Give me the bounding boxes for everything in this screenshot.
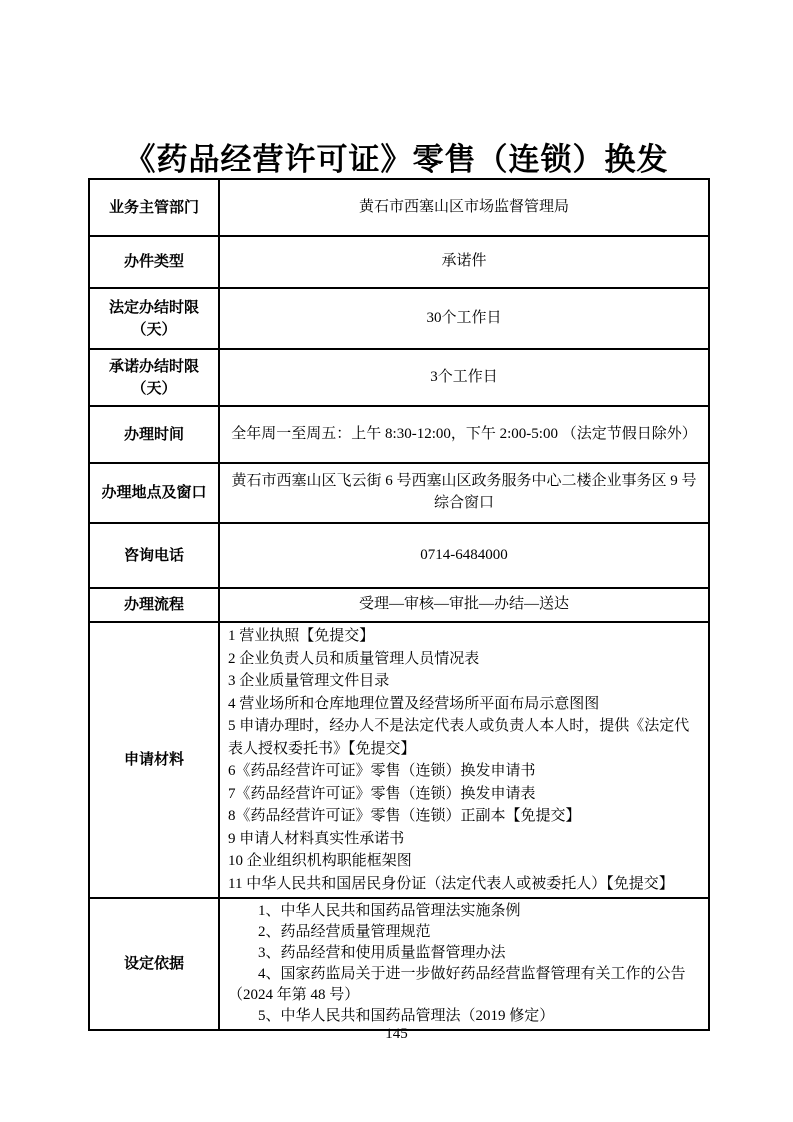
list-item: 10 企业组织机构职能框架图 [228, 850, 700, 873]
row-label: 办理时间 [89, 406, 219, 463]
row-label: 办件类型 [89, 236, 219, 288]
list-item: 1、中华人民共和国药品管理法实施条例 [228, 901, 700, 922]
list-item: 2、药品经营质量管理规范 [228, 922, 700, 943]
list-item: 5、中华人民共和国药品管理法（2019 修定） [228, 1006, 700, 1027]
materials-list: 1 营业执照【免提交】2 企业负责人员和质量管理人员情况表3 企业质量管理文件目… [219, 622, 709, 898]
row-value: 全年周一至周五：上午 8:30-12:00，下午 2:00-5:00 （法定节假… [219, 406, 709, 463]
list-item: 2 企业负责人员和质量管理人员情况表 [228, 648, 700, 671]
row-label: 承诺办结时限（天） [89, 349, 219, 406]
row-label: 办理地点及窗口 [89, 463, 219, 523]
list-item: 8《药品经营许可证》零售（连锁）正副本【免提交】 [228, 805, 700, 828]
list-item: 6《药品经营许可证》零售（连锁）换发申请书 [228, 760, 700, 783]
table-row-promised-time-limit: 承诺办结时限（天） 3个工作日 [89, 349, 709, 406]
table-row-service-hours: 办理时间 全年周一至周五：上午 8:30-12:00，下午 2:00-5:00 … [89, 406, 709, 463]
row-label: 业务主管部门 [89, 179, 219, 236]
list-item: 7《药品经营许可证》零售（连锁）换发申请表 [228, 783, 700, 806]
row-value: 受理—审核—审批—办结—送达 [219, 588, 709, 622]
list-item: 1 营业执照【免提交】 [228, 625, 700, 648]
row-value: 30个工作日 [219, 288, 709, 349]
table-row-legal-basis: 设定依据 1、中华人民共和国药品管理法实施条例2、药品经营质量管理规范3、药品经… [89, 898, 709, 1030]
page-number: 145 [0, 1026, 793, 1043]
table-row-supervising-department: 业务主管部门 黄石市西塞山区市场监督管理局 [89, 179, 709, 236]
service-info-table: 业务主管部门 黄石市西塞山区市场监督管理局 办件类型 承诺件 法定办结时限（天）… [88, 178, 710, 1031]
row-label: 申请材料 [89, 622, 219, 898]
row-value: 3个工作日 [219, 349, 709, 406]
row-label: 办理流程 [89, 588, 219, 622]
row-value: 0714-6484000 [219, 523, 709, 588]
list-item: 9 申请人材料真实性承诺书 [228, 828, 700, 851]
list-item: 4、国家药监局关于进一步做好药品经营监督管理有关工作的公告（2024 年第 48… [228, 964, 700, 1006]
row-value: 黄石市西塞山区飞云街 6 号西塞山区政务服务中心二楼企业事务区 9 号综合窗口 [219, 463, 709, 523]
list-item: 3、药品经营和使用质量监督管理办法 [228, 943, 700, 964]
list-item: 3 企业质量管理文件目录 [228, 670, 700, 693]
row-label: 设定依据 [89, 898, 219, 1030]
row-label: 咨询电话 [89, 523, 219, 588]
table-row-item-type: 办件类型 承诺件 [89, 236, 709, 288]
table-row-service-location: 办理地点及窗口 黄石市西塞山区飞云街 6 号西塞山区政务服务中心二楼企业事务区 … [89, 463, 709, 523]
legal-basis-list: 1、中华人民共和国药品管理法实施条例2、药品经营质量管理规范3、药品经营和使用质… [219, 898, 709, 1030]
table-row-materials: 申请材料 1 营业执照【免提交】2 企业负责人员和质量管理人员情况表3 企业质量… [89, 622, 709, 898]
row-value: 承诺件 [219, 236, 709, 288]
list-item: 11 中华人民共和国居民身份证（法定代表人或被委托人）【免提交】 [228, 873, 700, 896]
list-item: 4 营业场所和仓库地理位置及经营场所平面布局示意图图 [228, 693, 700, 716]
document-page: 《药品经营许可证》零售（连锁）换发 业务主管部门 黄石市西塞山区市场监督管理局 … [0, 0, 793, 1122]
table-row-phone: 咨询电话 0714-6484000 [89, 523, 709, 588]
table-row-process: 办理流程 受理—审核—审批—办结—送达 [89, 588, 709, 622]
list-item: 5 申请办理时，经办人不是法定代表人或负责人本人时，提供《法定代表人授权委托书》… [228, 715, 700, 760]
row-value: 黄石市西塞山区市场监督管理局 [219, 179, 709, 236]
page-title: 《药品经营许可证》零售（连锁）换发 [0, 134, 793, 179]
table-row-statutory-time-limit: 法定办结时限（天） 30个工作日 [89, 288, 709, 349]
row-label: 法定办结时限（天） [89, 288, 219, 349]
